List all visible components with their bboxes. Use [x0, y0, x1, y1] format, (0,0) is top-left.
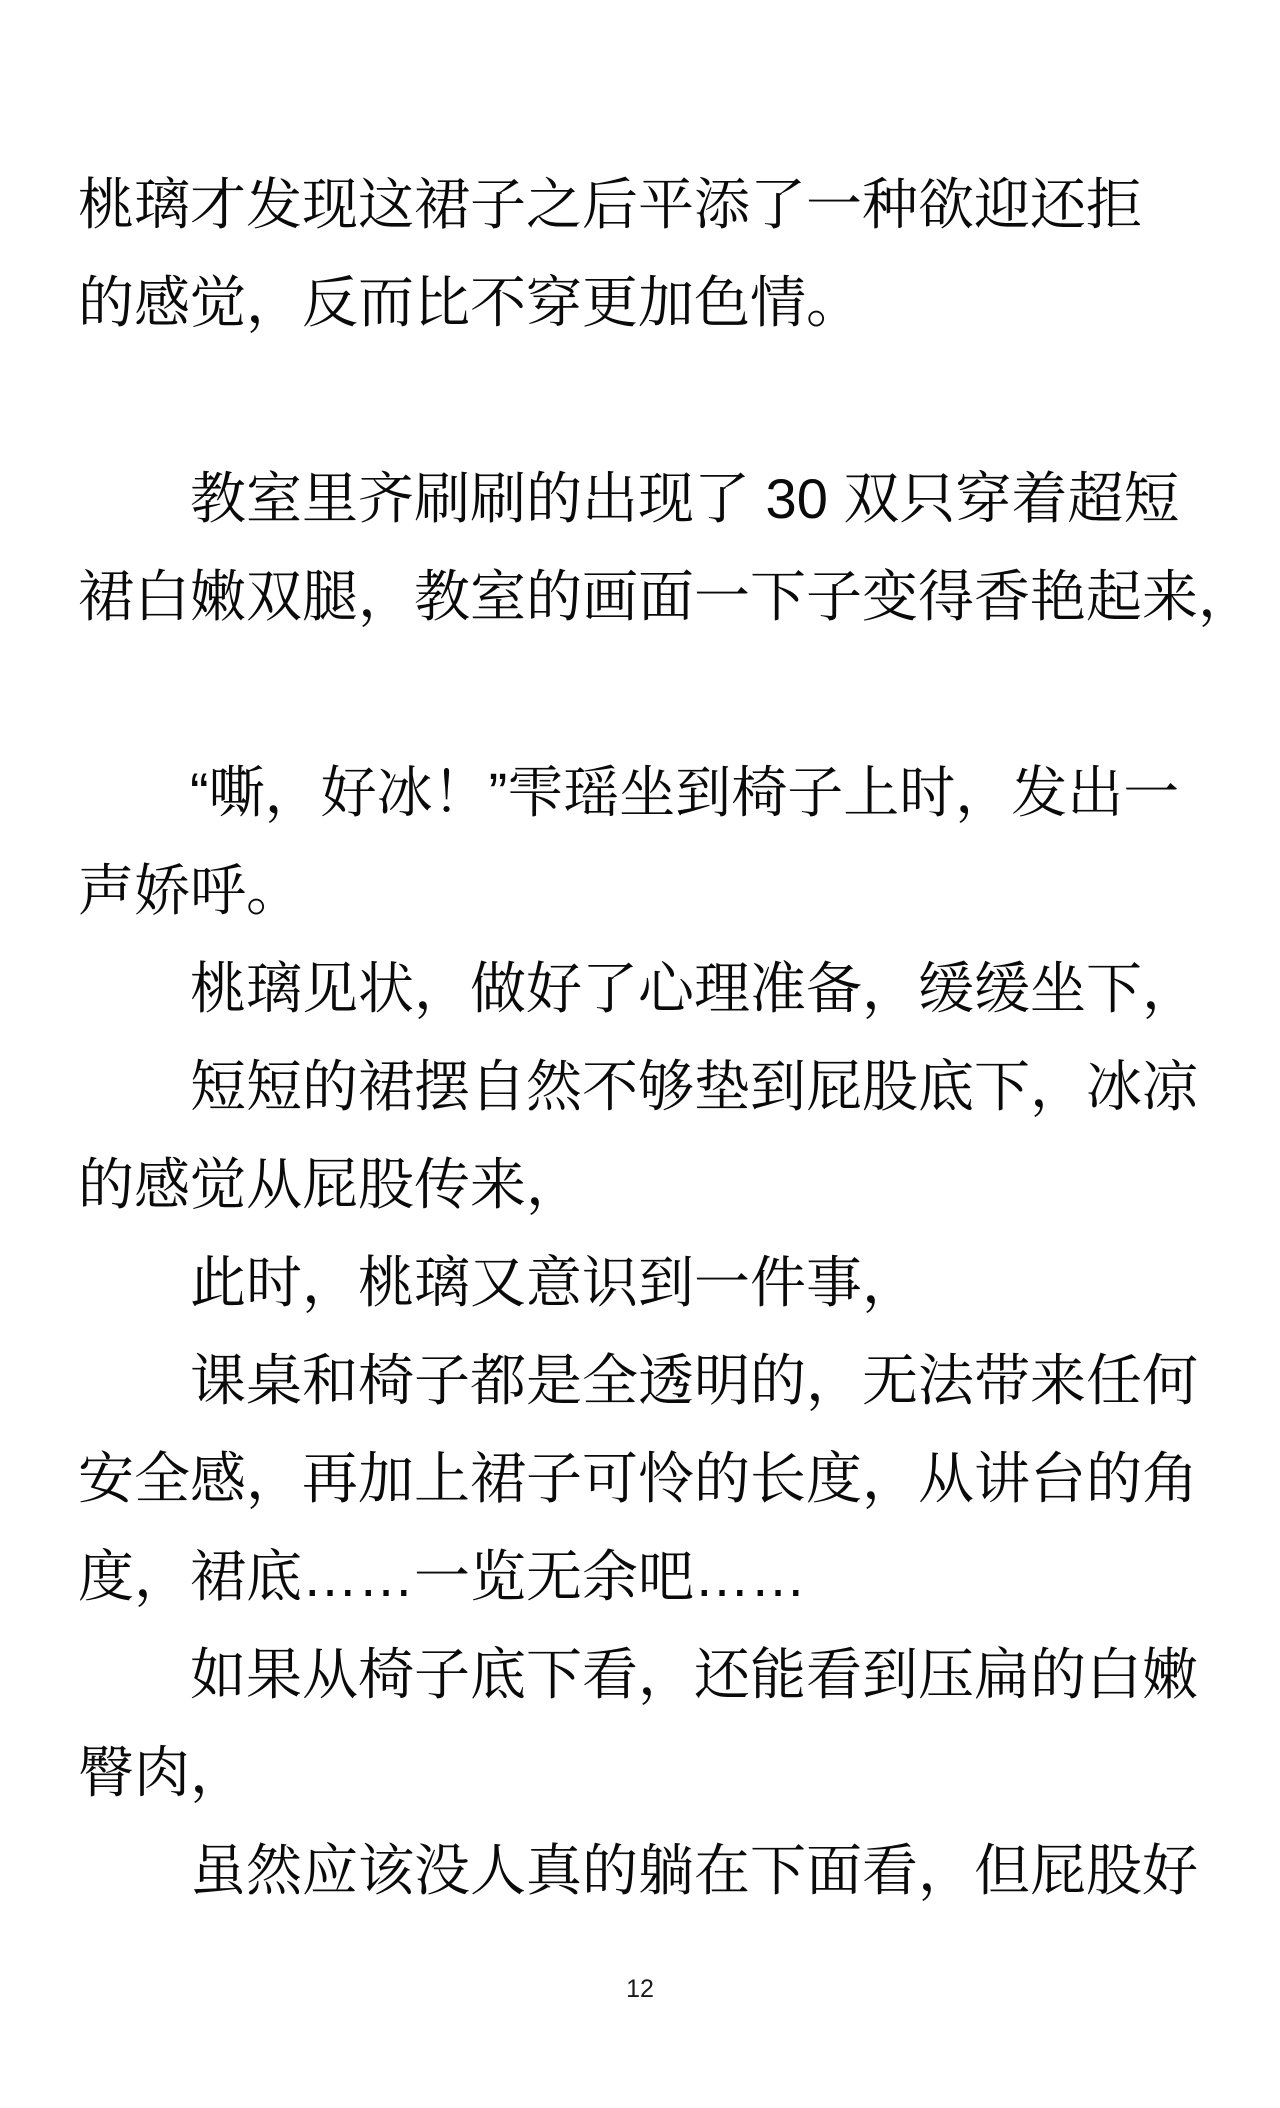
paragraph-6: 此时，桃璃又意识到一件事，	[78, 1234, 1202, 1332]
text-line: 桃璃见状，做好了心理准备，缓缓坐下，	[78, 940, 1202, 1038]
paragraph-7: 课桌和椅子都是全透明的，无法带来任何 安全感，再加上裙子可怜的长度，从讲台的角 …	[78, 1332, 1202, 1626]
text-line: “嘶，好冰！”雫瑶坐到椅子上时，发出一	[78, 744, 1202, 842]
paragraph-9: 虽然应该没人真的躺在下面看，但屁股好	[78, 1822, 1202, 1920]
page-number: 12	[0, 1975, 1280, 2004]
text-line: 度，裙底……一览无余吧……	[78, 1528, 1202, 1626]
paragraph-8: 如果从椅子底下看，还能看到压扁的白嫩 臀肉，	[78, 1626, 1202, 1822]
text-line: 短短的裙摆自然不够垫到屁股底下，冰凉	[78, 1038, 1202, 1136]
text-line: 安全感，再加上裙子可怜的长度，从讲台的角	[78, 1430, 1202, 1528]
text-line: 的感觉从屁股传来，	[78, 1136, 1202, 1234]
text-line: 的感觉，反而比不穿更加色情。	[78, 254, 1202, 352]
paragraph-1: 桃璃才发现这裙子之后平添了一种欲迎还拒 的感觉，反而比不穿更加色情。	[78, 156, 1202, 352]
paragraph-4: 桃璃见状，做好了心理准备，缓缓坐下，	[78, 940, 1202, 1038]
text-line: 臀肉，	[78, 1724, 1202, 1822]
reader-text-area: 桃璃才发现这裙子之后平添了一种欲迎还拒 的感觉，反而比不穿更加色情。 教室里齐刷…	[78, 156, 1202, 1920]
text-line: 教室里齐刷刷的出现了 30 双只穿着超短	[78, 450, 1202, 548]
paragraph-2: 教室里齐刷刷的出现了 30 双只穿着超短 裙白嫩双腿，教室的画面一下子变得香艳起…	[78, 450, 1202, 646]
text-line: 桃璃才发现这裙子之后平添了一种欲迎还拒	[78, 156, 1202, 254]
text-line: 声娇呼。	[78, 842, 1202, 940]
text-line: 此时，桃璃又意识到一件事，	[78, 1234, 1202, 1332]
paragraph-3: “嘶，好冰！”雫瑶坐到椅子上时，发出一 声娇呼。	[78, 744, 1202, 940]
text-line: 虽然应该没人真的躺在下面看，但屁股好	[78, 1822, 1202, 1920]
paragraph-5: 短短的裙摆自然不够垫到屁股底下，冰凉 的感觉从屁股传来，	[78, 1038, 1202, 1234]
text-line: 裙白嫩双腿，教室的画面一下子变得香艳起来，	[78, 548, 1202, 646]
text-line: 如果从椅子底下看，还能看到压扁的白嫩	[78, 1626, 1202, 1724]
text-line: 课桌和椅子都是全透明的，无法带来任何	[78, 1332, 1202, 1430]
